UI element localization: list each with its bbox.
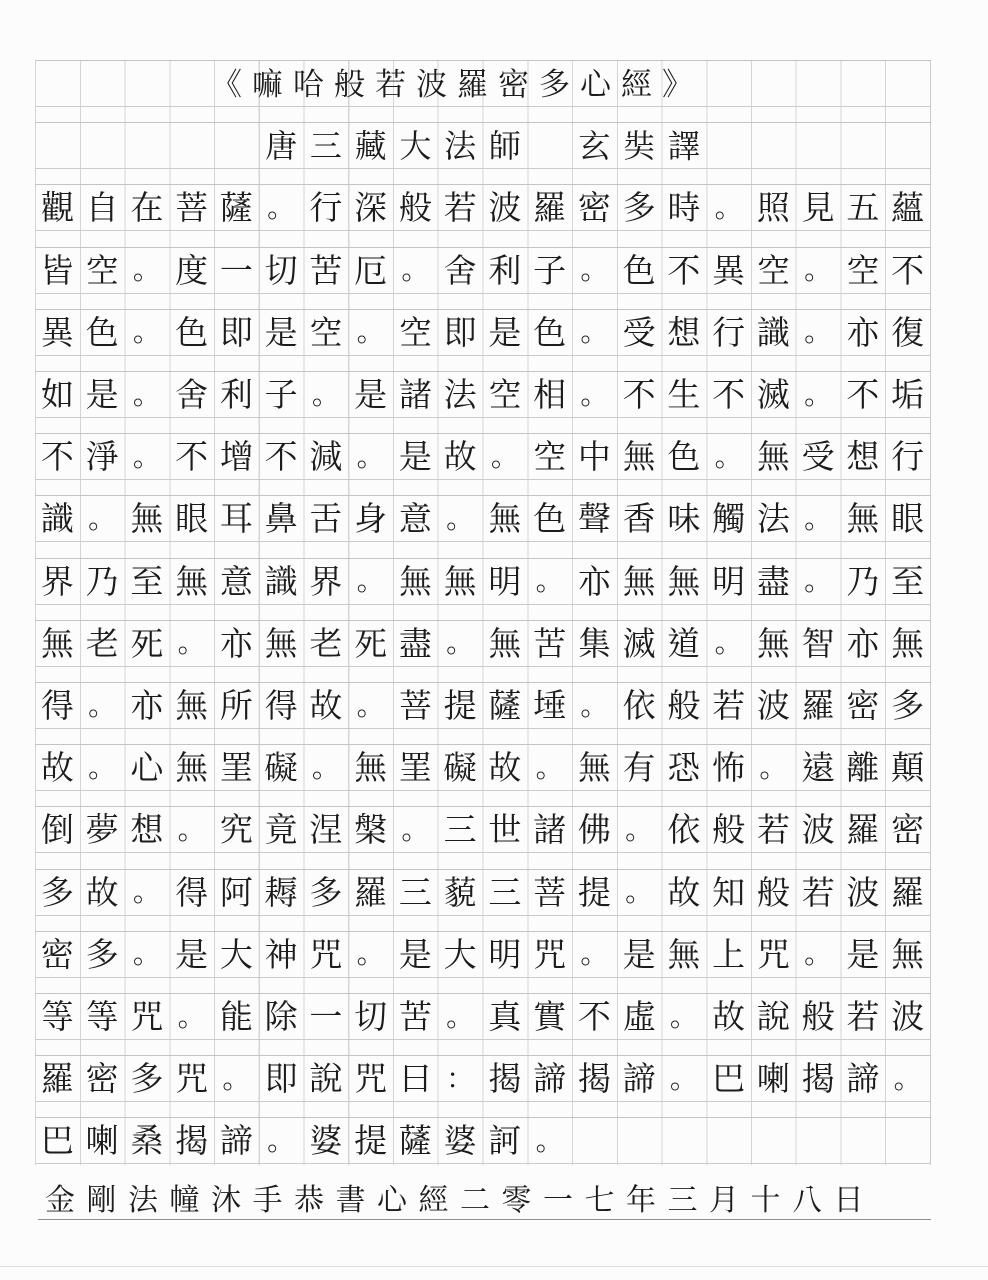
character-cell: 滅 xyxy=(751,372,796,417)
character-cell: 佛 xyxy=(572,807,617,852)
character-cell: 密 xyxy=(35,932,80,977)
character-cell: 顛 xyxy=(885,745,930,790)
character-cell: 度 xyxy=(169,248,214,293)
character-cell: 多 xyxy=(304,870,349,915)
punctuation-cell: 。 xyxy=(125,310,170,355)
character-cell: 味 xyxy=(662,496,707,541)
character-cell: 即 xyxy=(214,310,259,355)
character-cell: 法 xyxy=(438,372,483,417)
punctuation-cell: 。 xyxy=(259,1118,304,1163)
character-cell: 苦 xyxy=(393,994,438,1039)
character-cell: 埵 xyxy=(527,683,572,728)
character-cell: 是 xyxy=(841,932,886,977)
character-cell: 苦 xyxy=(304,248,349,293)
character-cell: 羅 xyxy=(35,1056,80,1101)
character-cell: 想 xyxy=(125,807,170,852)
text-row: 異色。色即是空。空即是色。受想行識。亦復 xyxy=(35,309,931,356)
character-cell: 波 xyxy=(796,807,841,852)
character-cell: 識 xyxy=(259,559,304,604)
character-cell: 般 xyxy=(393,185,438,230)
character-cell: 至 xyxy=(125,559,170,604)
character-cell: 生 xyxy=(662,372,707,417)
character-cell: 得 xyxy=(35,683,80,728)
character-cell: 不 xyxy=(885,248,930,293)
punctuation-cell: 。 xyxy=(80,683,125,728)
character-cell: 乃 xyxy=(841,559,886,604)
character-cell: 三 xyxy=(393,870,438,915)
character-cell: 舌 xyxy=(304,496,349,541)
character-cell: 真 xyxy=(483,994,528,1039)
character-cell: 能 xyxy=(214,994,259,1039)
character-cell: 亦 xyxy=(125,683,170,728)
blank-cell xyxy=(527,123,572,168)
character-cell: 識 xyxy=(35,496,80,541)
character-cell: 空 xyxy=(751,248,796,293)
character-cell: 中 xyxy=(572,434,617,479)
character-cell: 識 xyxy=(751,310,796,355)
character-cell: 多 xyxy=(885,683,930,728)
character-cell: 不 xyxy=(706,372,751,417)
character-cell: 無 xyxy=(259,621,304,666)
text-row: 多故。得阿耨多羅三藐三菩提。故知般若波羅 xyxy=(35,869,931,916)
character-cell: 無 xyxy=(35,621,80,666)
character-cell: 罣 xyxy=(214,745,259,790)
character-cell: 般 xyxy=(796,994,841,1039)
character-cell: 亦 xyxy=(572,559,617,604)
character-cell: 無 xyxy=(751,434,796,479)
character-cell: 菩 xyxy=(393,683,438,728)
character-cell: 羅 xyxy=(348,870,393,915)
character-cell: 厄 xyxy=(348,248,393,293)
title-row: 《嘛哈般若波羅密多心經》 xyxy=(35,60,931,107)
character-cell: 槃 xyxy=(348,807,393,852)
character-cell: 行 xyxy=(706,310,751,355)
character-cell: 觀 xyxy=(35,185,80,230)
character-cell: 竟 xyxy=(259,807,304,852)
character-cell: 無 xyxy=(169,683,214,728)
character-cell: 提 xyxy=(348,1118,393,1163)
punctuation-cell: 。 xyxy=(572,932,617,977)
character-cell: 揭 xyxy=(483,1056,528,1101)
character-cell: 礙 xyxy=(438,745,483,790)
character-cell: 薩 xyxy=(483,683,528,728)
character-cell: 咒 xyxy=(125,994,170,1039)
character-cell: 無 xyxy=(885,621,930,666)
character-cell: 曰 xyxy=(393,1056,438,1101)
character-cell: 怖 xyxy=(706,745,751,790)
character-cell: 羅 xyxy=(885,870,930,915)
character-cell: 集 xyxy=(572,621,617,666)
punctuation-cell: 。 xyxy=(706,185,751,230)
character-cell: 異 xyxy=(35,310,80,355)
character-cell: 一 xyxy=(304,994,349,1039)
character-cell: 空 xyxy=(304,310,349,355)
punctuation-cell: 。 xyxy=(796,559,841,604)
text-row: 密多。是大神咒。是大明咒。是無上咒。是無 xyxy=(35,931,931,978)
character-cell: 無 xyxy=(885,932,930,977)
character-cell: 薩 xyxy=(393,1118,438,1163)
character-cell: 得 xyxy=(169,870,214,915)
character-cell: 故 xyxy=(706,994,751,1039)
translator-row: 唐三藏大法師 玄奘譯 xyxy=(35,122,931,169)
character-cell: 無 xyxy=(169,745,214,790)
character-cell: 道 xyxy=(662,621,707,666)
character-cell: 無 xyxy=(841,496,886,541)
punctuation-cell: 。 xyxy=(125,870,170,915)
character-cell: 利 xyxy=(483,248,528,293)
character-cell: 自 xyxy=(80,185,125,230)
character-cell: 揭 xyxy=(169,1118,214,1163)
character-cell: 色 xyxy=(527,310,572,355)
punctuation-cell: 。 xyxy=(527,1118,572,1163)
character-cell: 故 xyxy=(438,434,483,479)
character-cell: 故 xyxy=(304,683,349,728)
character-cell: 無 xyxy=(483,496,528,541)
punctuation-cell: 。 xyxy=(214,1056,259,1101)
character-cell: 譯 xyxy=(662,123,707,168)
character-cell: 密 xyxy=(572,185,617,230)
text-row: 故。心無罣礙。無罣礙故。無有恐怖。遠離顛 xyxy=(35,744,931,791)
character-cell: 是 xyxy=(393,434,438,479)
character-cell: 無 xyxy=(617,434,662,479)
character-cell: 利 xyxy=(214,372,259,417)
character-cell: 相 xyxy=(527,372,572,417)
character-cell: 師 xyxy=(483,123,528,168)
character-cell: 眼 xyxy=(169,496,214,541)
punctuation-cell: 。 xyxy=(796,310,841,355)
character-cell: 不 xyxy=(841,372,886,417)
text-row: 巴喇桑揭諦。婆提薩婆訶。 xyxy=(35,1117,931,1164)
colophon-underline xyxy=(38,1219,931,1220)
character-cell: 等 xyxy=(80,994,125,1039)
text-row: 不淨。不增不減。是故。空中無色。無受想行 xyxy=(35,433,931,480)
character-cell: 玄 xyxy=(572,123,617,168)
character-cell: 故 xyxy=(662,870,707,915)
punctuation-cell: 。 xyxy=(169,807,214,852)
character-cell: 若 xyxy=(751,807,796,852)
character-cell: 波 xyxy=(483,185,528,230)
character-cell: 依 xyxy=(617,683,662,728)
character-cell: 提 xyxy=(572,870,617,915)
character-cell: 即 xyxy=(438,310,483,355)
character-cell: 密 xyxy=(885,807,930,852)
character-cell: 舍 xyxy=(169,372,214,417)
character-cell: 想 xyxy=(662,310,707,355)
character-cell: 如 xyxy=(35,372,80,417)
character-cell: 阿 xyxy=(214,870,259,915)
punctuation-cell: 。 xyxy=(80,496,125,541)
character-cell: 多 xyxy=(617,185,662,230)
character-cell: 耳 xyxy=(214,496,259,541)
character-cell: 夢 xyxy=(80,807,125,852)
punctuation-cell: 。 xyxy=(169,621,214,666)
punctuation-cell: 。 xyxy=(572,372,617,417)
punctuation-cell: 。 xyxy=(125,932,170,977)
text-row: 倒夢想。究竟涅槃。三世諸佛。依般若波羅密 xyxy=(35,806,931,853)
character-cell: 空 xyxy=(80,248,125,293)
character-cell: 虛 xyxy=(617,994,662,1039)
character-cell: 諦 xyxy=(841,1056,886,1101)
character-cell: 行 xyxy=(885,434,930,479)
text-row: 無老死。亦無老死盡。無苦集滅道。無智亦無 xyxy=(35,620,931,667)
punctuation-cell: 。 xyxy=(438,621,483,666)
punctuation-cell: 。 xyxy=(348,559,393,604)
text-row: 等等咒。能除一切苦。真實不虛。故說般若波 xyxy=(35,993,931,1040)
character-cell: 不 xyxy=(662,248,707,293)
punctuation-cell: 。 xyxy=(662,994,707,1039)
character-cell: 乃 xyxy=(80,559,125,604)
character-cell: 香 xyxy=(617,496,662,541)
character-cell: 等 xyxy=(35,994,80,1039)
character-cell: 揭 xyxy=(796,1056,841,1101)
character-cell: 是 xyxy=(169,932,214,977)
character-cell: 有 xyxy=(617,745,662,790)
character-cell: 遠 xyxy=(796,745,841,790)
punctuation-cell: 。 xyxy=(125,248,170,293)
character-cell: 耨 xyxy=(259,870,304,915)
character-cell: 涅 xyxy=(304,807,349,852)
manuscript-page: 《嘛哈般若波羅密多心經》 唐三藏大法師 玄奘譯 觀自在菩薩。行深般若波羅密多時。… xyxy=(0,0,988,1280)
character-cell: 密 xyxy=(80,1056,125,1101)
character-cell: 無 xyxy=(751,621,796,666)
character-cell: 色 xyxy=(662,434,707,479)
character-cell: 提 xyxy=(438,683,483,728)
punctuation-cell: 。 xyxy=(796,372,841,417)
colophon-signature: 金剛法幢沐手恭書心經二零一七年三月十八日 xyxy=(45,1184,875,1218)
punctuation-cell: 。 xyxy=(527,559,572,604)
character-cell: 諸 xyxy=(393,372,438,417)
character-cell: 老 xyxy=(80,621,125,666)
character-cell: 在 xyxy=(125,185,170,230)
character-cell: 若 xyxy=(796,870,841,915)
character-cell: 藐 xyxy=(438,870,483,915)
character-cell: 藏 xyxy=(348,123,393,168)
character-cell: 切 xyxy=(259,248,304,293)
character-cell: 般 xyxy=(751,870,796,915)
character-cell: 巴 xyxy=(706,1056,751,1101)
character-cell: 色 xyxy=(80,310,125,355)
character-cell: 色 xyxy=(617,248,662,293)
character-cell: 般 xyxy=(662,683,707,728)
punctuation-cell: 。 xyxy=(438,994,483,1039)
character-cell: 奘 xyxy=(617,123,662,168)
character-cell: 無 xyxy=(438,559,483,604)
character-cell: 三 xyxy=(304,123,349,168)
punctuation-cell: 。 xyxy=(706,621,751,666)
character-cell: 空 xyxy=(841,248,886,293)
character-cell: 礙 xyxy=(259,745,304,790)
character-cell: 實 xyxy=(527,994,572,1039)
character-cell: 諦 xyxy=(527,1056,572,1101)
text-row: 如是。舍利子。是諸法空相。不生不滅。不垢 xyxy=(35,371,931,418)
character-cell: 深 xyxy=(348,185,393,230)
character-cell: 空 xyxy=(527,434,572,479)
character-cell: 眼 xyxy=(885,496,930,541)
character-cell: 多 xyxy=(35,870,80,915)
punctuation-cell: 。 xyxy=(304,745,349,790)
character-cell: 盡 xyxy=(393,621,438,666)
character-cell: 故 xyxy=(80,870,125,915)
character-cell: 羅 xyxy=(841,807,886,852)
character-cell: 大 xyxy=(393,123,438,168)
character-cell: 咒 xyxy=(751,932,796,977)
character-cell: 大 xyxy=(214,932,259,977)
character-cell: 故 xyxy=(483,745,528,790)
character-cell: 受 xyxy=(796,434,841,479)
character-cell: 知 xyxy=(706,870,751,915)
punctuation-cell: 。 xyxy=(393,807,438,852)
character-cell: 咒 xyxy=(304,932,349,977)
character-cell: 三 xyxy=(438,807,483,852)
character-cell: 一 xyxy=(214,248,259,293)
character-cell: 多 xyxy=(80,932,125,977)
character-cell: 除 xyxy=(259,994,304,1039)
character-cell: 苦 xyxy=(527,621,572,666)
character-cell: 色 xyxy=(527,496,572,541)
character-cell: 三 xyxy=(483,870,528,915)
punctuation-cell: 。 xyxy=(80,745,125,790)
character-cell: 無 xyxy=(617,559,662,604)
character-cell: 諸 xyxy=(527,807,572,852)
character-cell: 照 xyxy=(751,185,796,230)
character-cell: 空 xyxy=(483,372,528,417)
punctuation-cell: 。 xyxy=(259,185,304,230)
punctuation-cell: 。 xyxy=(706,434,751,479)
character-cell: 亦 xyxy=(841,310,886,355)
text-row: 界乃至無意識界。無無明。亦無無明盡。乃至 xyxy=(35,558,931,605)
character-cell: 若 xyxy=(438,185,483,230)
character-cell: 至 xyxy=(885,559,930,604)
character-cell: 鼻 xyxy=(259,496,304,541)
character-cell: 倒 xyxy=(35,807,80,852)
text-row: 羅密多咒。即說咒曰：揭諦揭諦。巴喇揭諦。 xyxy=(35,1055,931,1102)
character-cell: 諦 xyxy=(214,1118,259,1163)
character-cell: 垢 xyxy=(885,372,930,417)
punctuation-cell: ： xyxy=(438,1056,483,1101)
character-cell: 菩 xyxy=(169,185,214,230)
character-cell: 淨 xyxy=(80,434,125,479)
punctuation-cell: 。 xyxy=(483,434,528,479)
punctuation-cell: 。 xyxy=(169,994,214,1039)
character-cell: 復 xyxy=(885,310,930,355)
punctuation-cell: 。 xyxy=(617,870,662,915)
character-cell: 說 xyxy=(751,994,796,1039)
character-cell: 唐 xyxy=(259,123,304,168)
character-cell: 桑 xyxy=(125,1118,170,1163)
punctuation-cell: 。 xyxy=(125,372,170,417)
page-bottom-edge xyxy=(0,1266,988,1267)
text-row: 識。無眼耳鼻舌身意。無色聲香味觸法。無眼 xyxy=(35,495,931,542)
character-cell: 無 xyxy=(393,559,438,604)
character-cell: 菩 xyxy=(527,870,572,915)
character-cell: 無 xyxy=(662,559,707,604)
character-cell: 減 xyxy=(304,434,349,479)
character-cell: 不 xyxy=(35,434,80,479)
character-cell: 亦 xyxy=(841,621,886,666)
character-cell: 咒 xyxy=(527,932,572,977)
punctuation-cell: 。 xyxy=(796,496,841,541)
character-cell: 究 xyxy=(214,807,259,852)
character-cell: 得 xyxy=(259,683,304,728)
punctuation-cell: 。 xyxy=(617,807,662,852)
character-cell: 是 xyxy=(483,310,528,355)
character-cell: 無 xyxy=(572,745,617,790)
character-cell: 無 xyxy=(169,559,214,604)
character-cell: 離 xyxy=(841,745,886,790)
punctuation-cell: 。 xyxy=(796,932,841,977)
character-cell: 意 xyxy=(214,559,259,604)
character-cell: 是 xyxy=(80,372,125,417)
punctuation-cell: 。 xyxy=(348,932,393,977)
character-cell: 五 xyxy=(841,185,886,230)
character-cell: 智 xyxy=(796,621,841,666)
character-cell: 心 xyxy=(125,745,170,790)
character-cell: 時 xyxy=(662,185,707,230)
character-cell: 是 xyxy=(617,932,662,977)
character-cell: 法 xyxy=(438,123,483,168)
character-cell: 異 xyxy=(706,248,751,293)
character-cell: 不 xyxy=(169,434,214,479)
character-cell: 波 xyxy=(841,870,886,915)
punctuation-cell: 。 xyxy=(125,434,170,479)
character-cell: 咒 xyxy=(169,1056,214,1101)
character-cell: 喇 xyxy=(751,1056,796,1101)
character-cell: 諦 xyxy=(617,1056,662,1101)
character-cell: 羅 xyxy=(796,683,841,728)
character-cell: 不 xyxy=(259,434,304,479)
character-cell: 波 xyxy=(751,683,796,728)
punctuation-cell: 。 xyxy=(527,745,572,790)
character-cell: 見 xyxy=(796,185,841,230)
character-cell: 大 xyxy=(438,932,483,977)
character-cell: 喇 xyxy=(80,1118,125,1163)
character-cell: 死 xyxy=(348,621,393,666)
character-cell: 波 xyxy=(885,994,930,1039)
character-cell: 若 xyxy=(841,994,886,1039)
character-cell: 是 xyxy=(259,310,304,355)
character-cell: 即 xyxy=(259,1056,304,1101)
character-cell: 密 xyxy=(841,683,886,728)
character-cell: 訶 xyxy=(483,1118,528,1163)
character-cell: 咒 xyxy=(348,1056,393,1101)
character-cell: 上 xyxy=(706,932,751,977)
manuscript-grid: 《嘛哈般若波羅密多心經》 唐三藏大法師 玄奘譯 觀自在菩薩。行深般若波羅密多時。… xyxy=(35,60,931,1165)
character-cell: 切 xyxy=(348,994,393,1039)
character-cell: 觸 xyxy=(706,496,751,541)
character-cell: 罣 xyxy=(393,745,438,790)
character-cell: 明 xyxy=(706,559,751,604)
character-cell: 無 xyxy=(662,932,707,977)
punctuation-cell: 。 xyxy=(572,683,617,728)
text-row: 得。亦無所得故。菩提薩埵。依般若波羅密多 xyxy=(35,682,931,729)
character-cell: 般 xyxy=(706,807,751,852)
punctuation-cell: 。 xyxy=(885,1056,930,1101)
character-cell: 色 xyxy=(169,310,214,355)
character-cell: 神 xyxy=(259,932,304,977)
character-cell: 多 xyxy=(125,1056,170,1101)
character-cell: 揭 xyxy=(572,1056,617,1101)
punctuation-cell: 。 xyxy=(751,745,796,790)
character-cell: 皆 xyxy=(35,248,80,293)
character-cell: 世 xyxy=(483,807,528,852)
character-cell: 滅 xyxy=(617,621,662,666)
character-cell: 恐 xyxy=(662,745,707,790)
punctuation-cell: 。 xyxy=(393,248,438,293)
character-cell: 是 xyxy=(348,372,393,417)
character-cell: 婆 xyxy=(304,1118,349,1163)
punctuation-cell: 。 xyxy=(348,310,393,355)
character-cell: 增 xyxy=(214,434,259,479)
